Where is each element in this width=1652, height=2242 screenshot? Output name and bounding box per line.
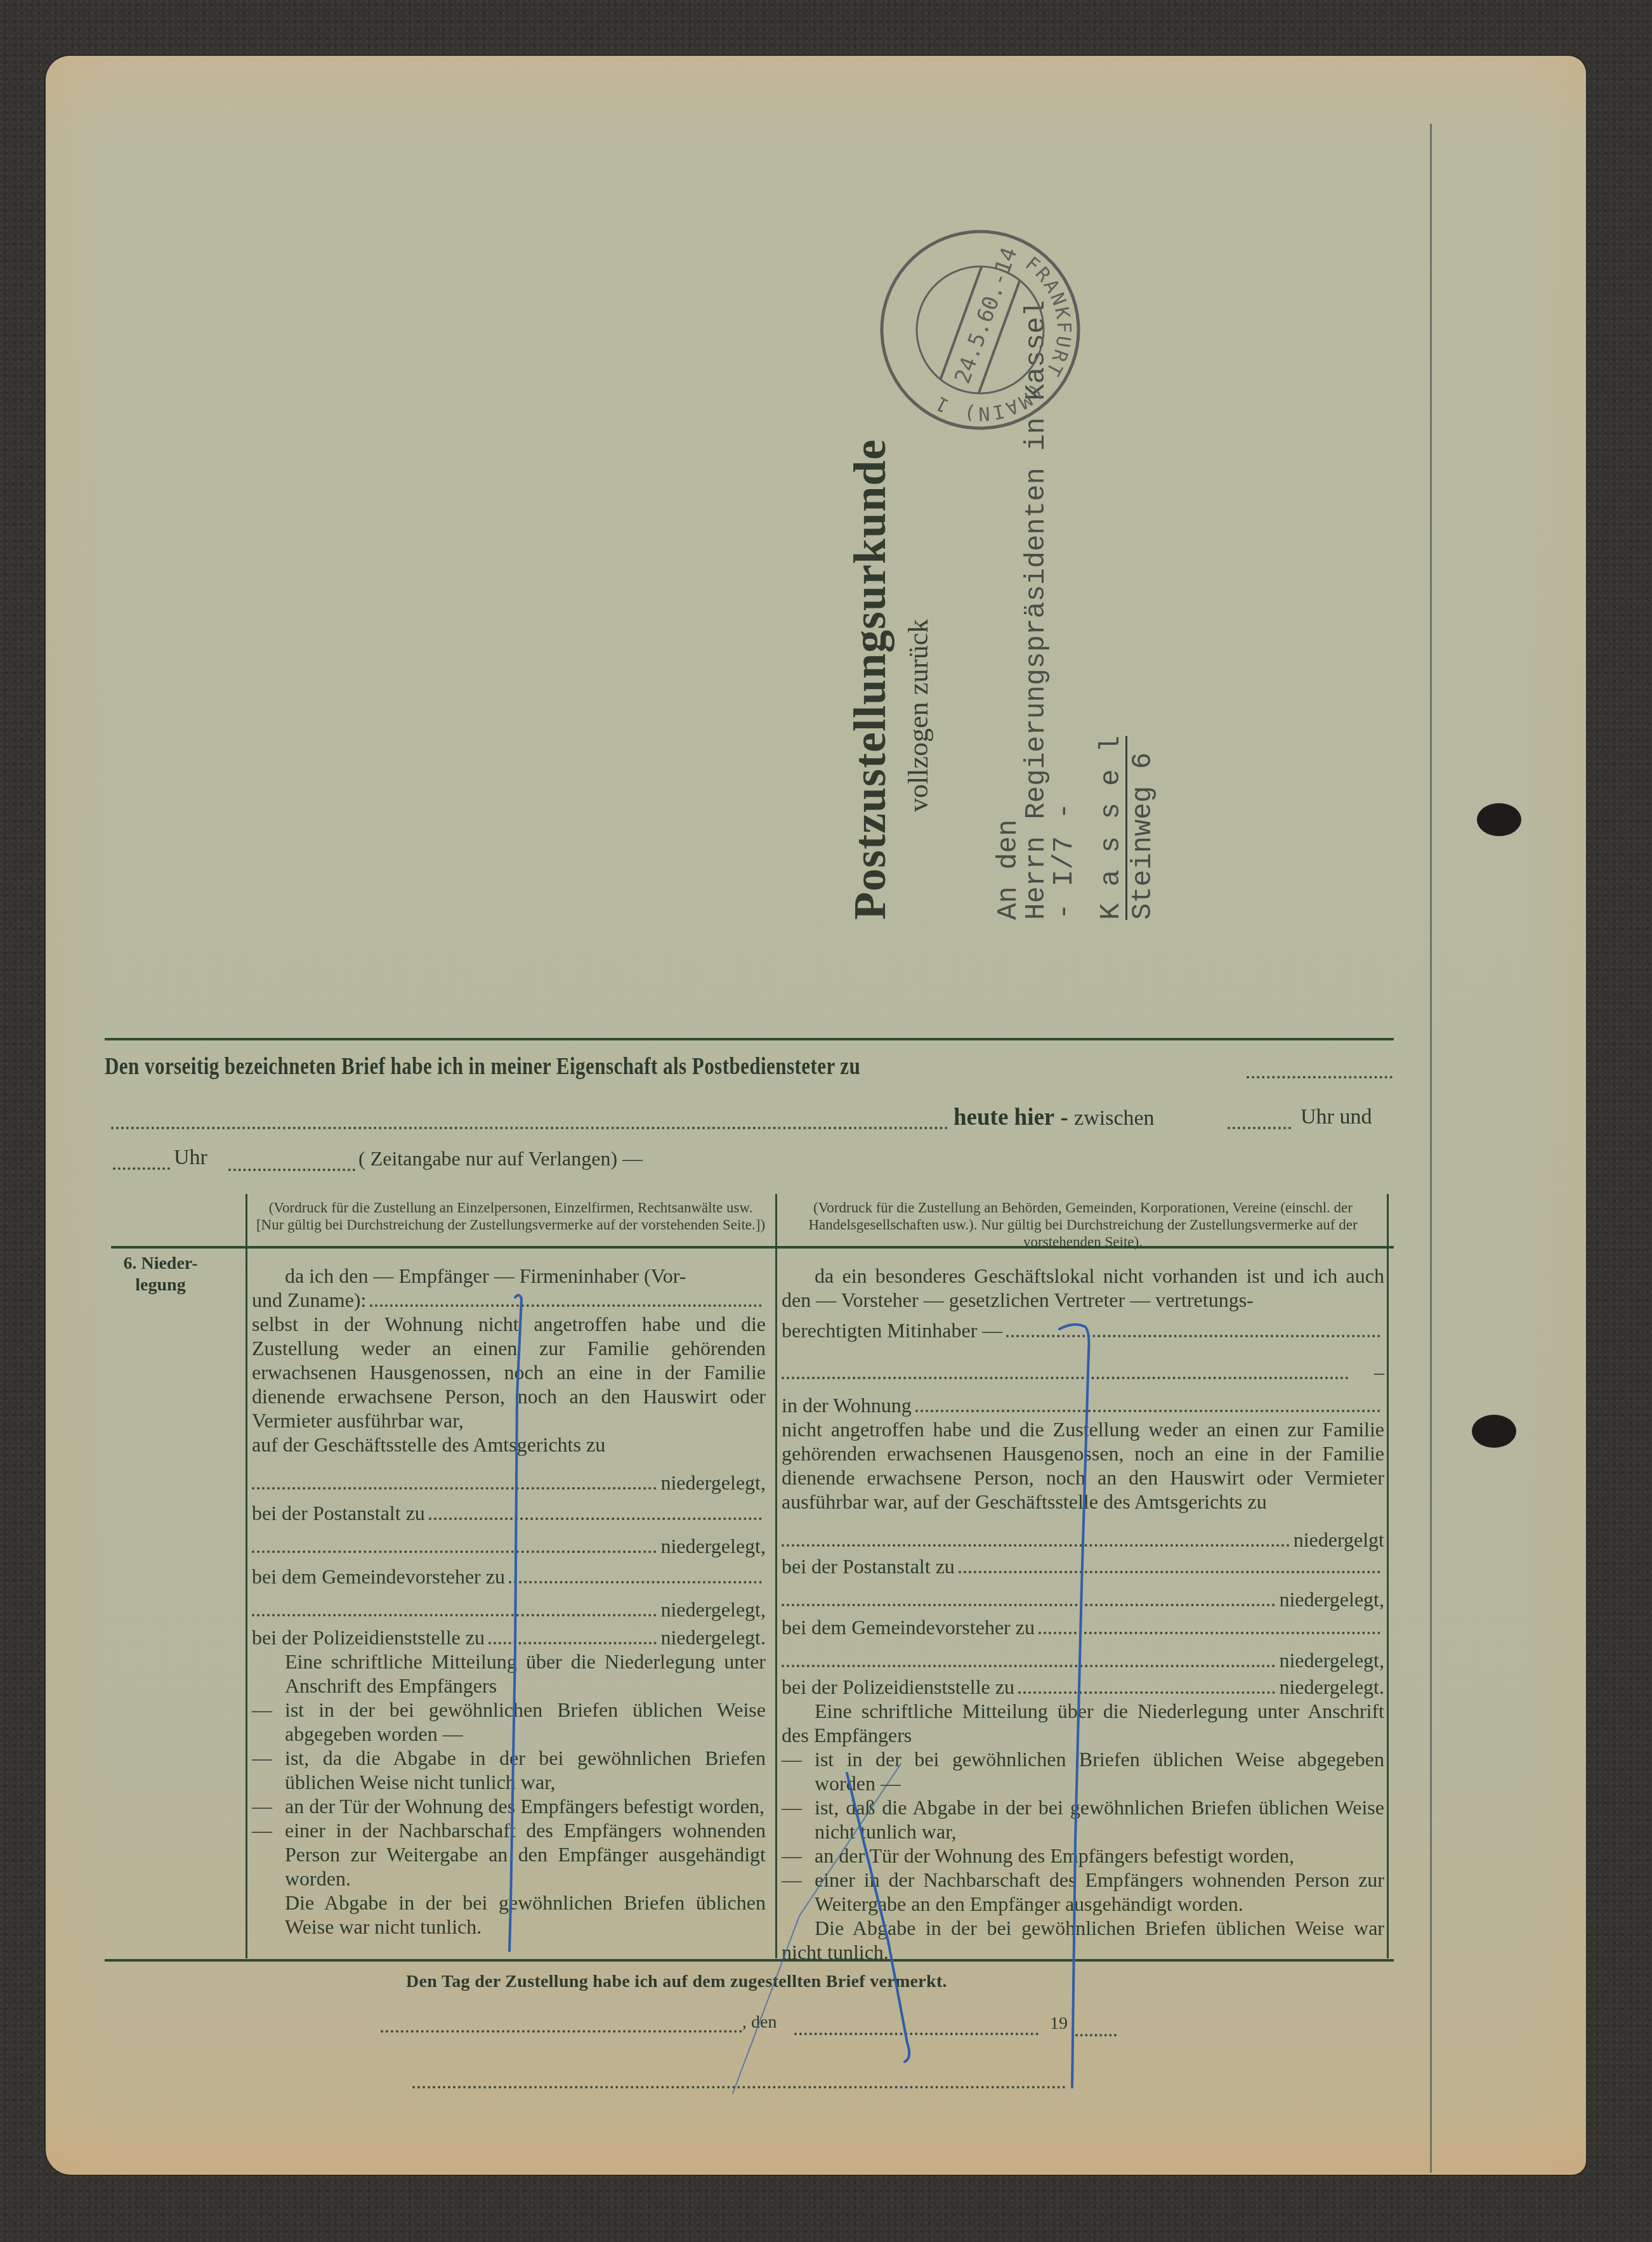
pen-strikethrough [0,0,1652,2242]
